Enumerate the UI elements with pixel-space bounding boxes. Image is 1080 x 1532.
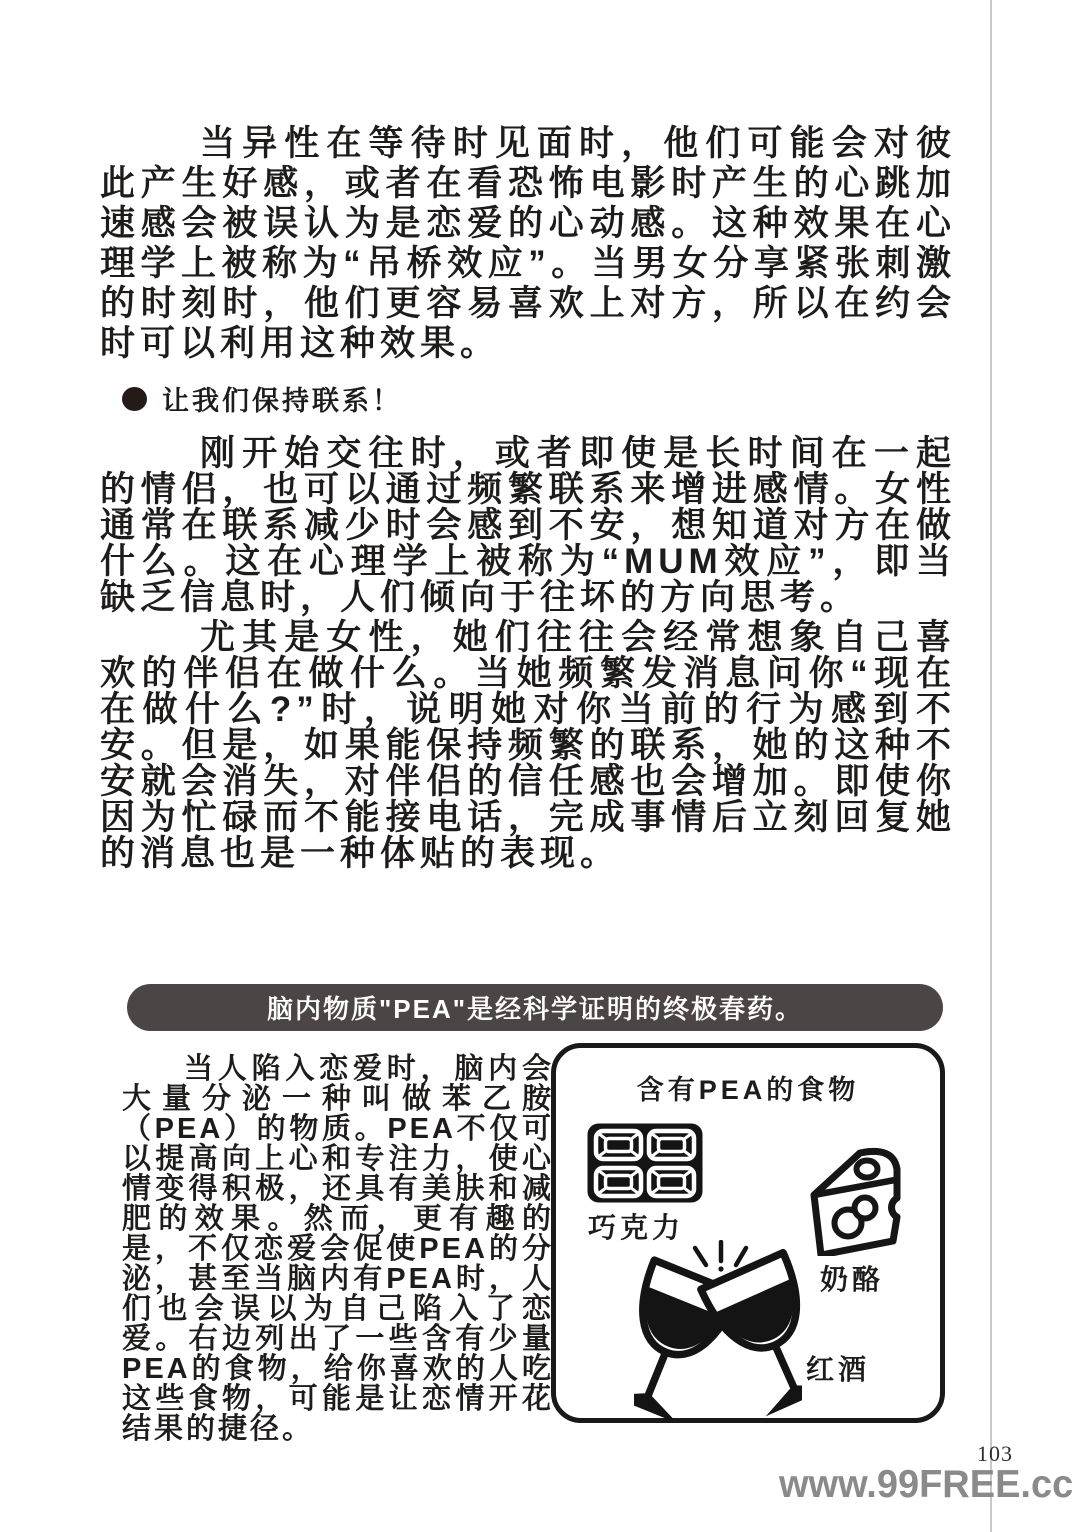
paragraph-suspension-bridge-effect: 当异性在等待时见面时，他们可能会对彼此产生好感，或者在看恐怖电影时产生的心跳加速… — [100, 124, 956, 364]
bullet-circle-icon — [122, 387, 147, 411]
column-note-banner: 脑内物质"PEA"是经科学证明的终极春药。 — [127, 984, 943, 1031]
clink-sparkle-icon — [695, 1242, 746, 1272]
book-page: 当异性在等待时见面时，他们可能会对彼此产生好感，或者在看恐怖电影时产生的心跳加速… — [0, 0, 1080, 1532]
cheese-label: 奶酪 — [820, 1258, 884, 1298]
section-heading-label: 让我们保持联系！ — [162, 379, 402, 418]
chocolate-icon — [586, 1122, 704, 1204]
wine-glasses-icon — [634, 1240, 802, 1420]
section-heading: 让我们保持联系！ — [122, 379, 402, 418]
watermark-text: www.99FREE.cc — [779, 1464, 1073, 1508]
figure-title: 含有PEA的食物 — [556, 1068, 940, 1107]
cheese-icon — [808, 1142, 906, 1256]
paragraph-mum-effect: 刚开始交往时，或者即使是长时间在一起的情侣，也可以通过频繁联系来增进感情。女性通… — [100, 436, 956, 616]
paragraphs-keep-in-touch: 刚开始交往时，或者即使是长时间在一起的情侣，也可以通过频繁联系来增进感情。女性通… — [100, 436, 956, 876]
pea-foods-figure: 含有PEA的食物 巧克力 — [551, 1043, 945, 1423]
red-wine-label: 红酒 — [806, 1348, 870, 1388]
paragraph-frequent-contact: 尤其是女性，她们往往会经常想象自己喜欢的伴侣在做什么。当她频繁发消息问你“现在在… — [100, 620, 956, 872]
scan-artifact-line — [990, 0, 992, 1532]
column-note-body: 当人陷入恋爱时，脑内会大量分泌一种叫做苯乙胺（PEA）的物质。PEA不仅可以提高… — [122, 1054, 554, 1444]
